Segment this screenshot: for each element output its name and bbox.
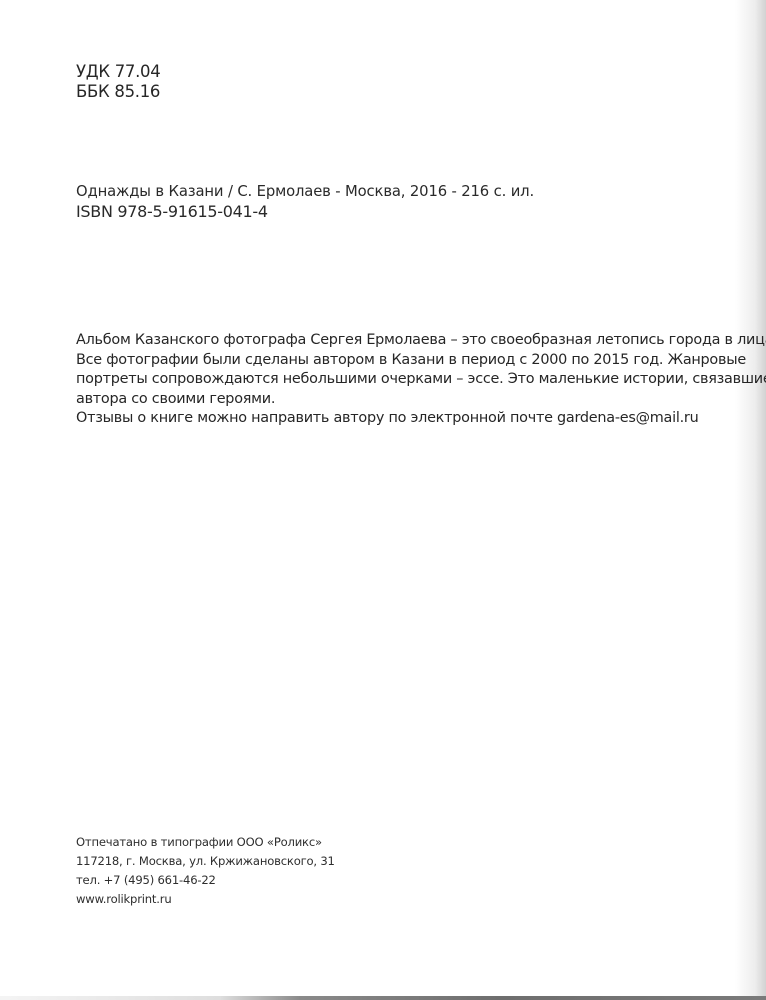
book-imprint-page: УДК 77.04 ББК 85.16 Однажды в Казани / С… xyxy=(0,0,766,1000)
annotation-line: портреты сопровождаются небольшими очерк… xyxy=(76,370,766,390)
annotation-contact-line: Отзывы о книге можно направить автору по… xyxy=(76,409,766,429)
udk-code: УДК 77.04 xyxy=(76,62,160,82)
annotation: Альбом Казанского фотографа Сергея Ермол… xyxy=(76,331,766,429)
printer-website: www.rolikprint.ru xyxy=(76,890,335,909)
printer-imprint: Отпечатано в типографии ООО «Роликс» 117… xyxy=(76,833,335,909)
isbn: ISBN 978-5-91615-041-4 xyxy=(76,202,534,222)
citation: Однажды в Казани / С. Ермолаев - Москва,… xyxy=(76,182,534,202)
annotation-line: автора со своими героями. xyxy=(76,390,766,410)
printer-address: 117218, г. Москва, ул. Кржижановского, 3… xyxy=(76,852,335,871)
annotation-line: Все фотографии были сделаны автором в Ка… xyxy=(76,351,766,371)
annotation-line: Альбом Казанского фотографа Сергея Ермол… xyxy=(76,331,766,351)
page-bottom-edge xyxy=(0,996,766,1000)
bibliographic-record: Однажды в Казани / С. Ермолаев - Москва,… xyxy=(76,182,534,222)
printer-phone: тел. +7 (495) 661-46-22 xyxy=(76,871,335,890)
printer-name: Отпечатано в типографии ООО «Роликс» xyxy=(76,833,335,852)
bbk-code: ББК 85.16 xyxy=(76,82,160,102)
classification-codes: УДК 77.04 ББК 85.16 xyxy=(76,62,160,102)
